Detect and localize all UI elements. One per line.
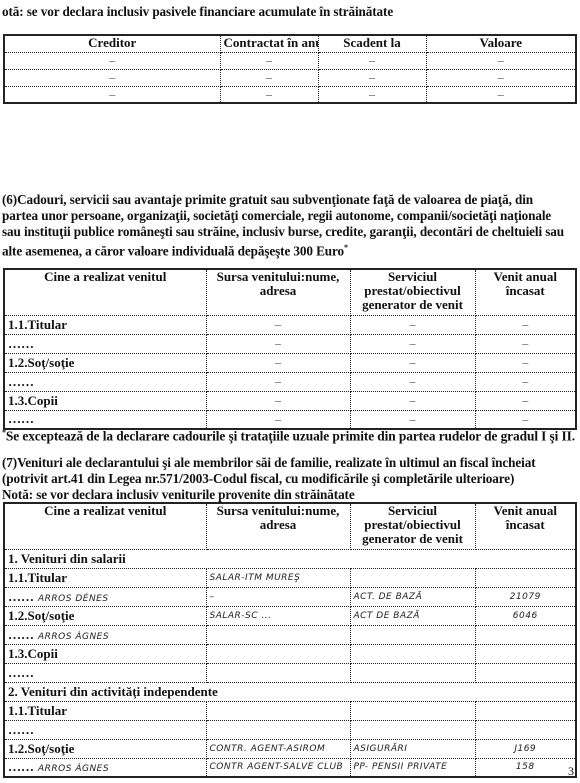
handwritten-sursa [206, 720, 350, 739]
cell: – [4, 69, 220, 86]
label-text: …… [8, 759, 34, 774]
table-row: 1.3.Copii––– [4, 391, 576, 410]
cell: – [475, 372, 576, 391]
handwritten-sursa: – [206, 587, 350, 606]
label-text: 1.3.Copii [8, 646, 58, 661]
section7-line: (potrivit art.41 din Legea nr.571/2003-C… [2, 471, 536, 487]
section6-heading: (6)Cadouri, servicii sau avantaje primit… [2, 192, 564, 259]
handwritten-name: ARROS ÁGNES [38, 632, 109, 642]
cell: – [206, 353, 350, 372]
page-number: 3 [568, 764, 574, 779]
row-label: 1.3.Copii [4, 391, 206, 410]
cell: – [220, 86, 318, 103]
table-row: – – – – [4, 69, 576, 86]
cell: – [4, 86, 220, 103]
section7-line: (7)Venituri ale declarantului şi ale mem… [2, 455, 536, 471]
gifts-table: Cine a realizat venitul Sursa venitului:… [3, 268, 577, 430]
label-text: 1.2.Soţ/soţie [8, 741, 74, 756]
section7-line: Notă: se vor declara inclusiv veniturile… [2, 487, 536, 503]
row-label: 1.2.Soţ/soţie [4, 606, 206, 625]
header-serviciul: Serviciul prestat/obiectivul generator d… [350, 269, 475, 315]
handwritten-venit: 6046 [475, 606, 576, 625]
income-table: Cine a realizat venitul Sursa venitului:… [3, 502, 577, 778]
handwritten-venit [475, 663, 576, 682]
handwritten-serviciul [350, 701, 475, 720]
handwritten-serviciul [350, 644, 475, 663]
handwritten-name: ARROS DÉNES [38, 594, 109, 604]
row-label: …… [4, 334, 206, 353]
group-row-independent: 2. Venituri din activităţi independente [4, 682, 576, 701]
cell: – [206, 391, 350, 410]
table-row: …… [4, 663, 576, 682]
header-valoare: Valoare [426, 35, 576, 52]
handwritten-venit [475, 701, 576, 720]
table-row: ……––– [4, 372, 576, 391]
section6-line: (6)Cadouri, servicii sau avantaje primit… [2, 192, 564, 208]
header-venit: Venit anual încasat [475, 503, 576, 549]
handwritten-venit [475, 644, 576, 663]
handwritten-sursa [206, 701, 350, 720]
handwritten-sursa: SALAR-SC ... [206, 606, 350, 625]
table-row: 1.2.Soţ/soţieSALAR-SC ...ACT DE BAZĂ6046 [4, 606, 576, 625]
label-text: 1.1.Titular [8, 570, 67, 585]
cell: – [220, 52, 318, 69]
handwritten-serviciul [350, 625, 475, 644]
table-row: 1.3.Copii [4, 644, 576, 663]
group-label: 1. Venituri din salarii [4, 549, 576, 568]
header-sursa: Sursa venitului:nume, adresa [206, 503, 350, 549]
table-row: ……––– [4, 334, 576, 353]
table-row: 1.2.Soţ/soţie––– [4, 353, 576, 372]
table-row: ……ARROS ÁGNESCONTR AGENT-SALVE CLUBPP- P… [4, 758, 576, 777]
table-row: – – – – [4, 52, 576, 69]
cell: – [350, 372, 475, 391]
cell: – [220, 69, 318, 86]
row-label: ……ARROS ÁGNES [4, 758, 206, 777]
header-cine: Cine a realizat venitul [4, 269, 206, 315]
row-label: 1.1.Titular [4, 568, 206, 587]
handwritten-venit: 158 [475, 758, 576, 777]
debts-table: Creditor Contractat în anul Scadent la V… [3, 34, 577, 104]
label-text: …… [8, 627, 34, 642]
row-label: 1.1.Titular [4, 315, 206, 334]
cell: – [350, 353, 475, 372]
cell: – [4, 52, 220, 69]
handwritten-serviciul [350, 568, 475, 587]
handwritten-sursa: CONTR. AGENT-ASIROM [206, 739, 350, 758]
row-label: …… [4, 372, 206, 391]
header-scadent: Scadent la [318, 35, 426, 52]
label-text: …… [8, 722, 34, 737]
handwritten-serviciul [350, 720, 475, 739]
row-label: 1.2.Soţ/soţie [4, 739, 206, 758]
row-label: 1.1.Titular [4, 701, 206, 720]
cell: – [475, 334, 576, 353]
cell: – [426, 69, 576, 86]
handwritten-venit: 21079 [475, 587, 576, 606]
header-sursa: Sursa venitului:nume, adresa [206, 269, 350, 315]
cell: – [206, 315, 350, 334]
cell: – [426, 52, 576, 69]
section6-line: alte asemenea, a căror valoare individua… [2, 240, 564, 259]
header-contractat: Contractat în anul [220, 35, 318, 52]
group-label: 2. Venituri din activităţi independente [4, 682, 576, 701]
handwritten-name: ARROS ÁGNES [38, 764, 109, 774]
cell: – [475, 391, 576, 410]
cell: – [206, 372, 350, 391]
header-serviciul: Serviciul prestat/obiectivul generator d… [350, 503, 475, 549]
cell: – [426, 86, 576, 103]
handwritten-serviciul: PP- PENSII PRIVATE [350, 758, 475, 777]
handwritten-venit [475, 625, 576, 644]
table-row: …… [4, 720, 576, 739]
handwritten-sursa: SALAR-ITM MUREŞ [206, 568, 350, 587]
cell: – [350, 334, 475, 353]
handwritten-serviciul: ACT DE BAZĂ [350, 606, 475, 625]
table-row: ……ARROS DÉNES–ACT. DE BAZĂ21079 [4, 587, 576, 606]
cell: – [318, 86, 426, 103]
table-row: ……ARROS ÁGNES [4, 625, 576, 644]
cell: – [350, 391, 475, 410]
handwritten-venit: J169 [475, 739, 576, 758]
handwritten-sursa: CONTR AGENT-SALVE CLUB [206, 758, 350, 777]
row-label: ……ARROS ÁGNES [4, 625, 206, 644]
header-cine: Cine a realizat venitul [4, 503, 206, 549]
row-label: 1.2.Soţ/soţie [4, 353, 206, 372]
group-row-salaries: 1. Venituri din salarii [4, 549, 576, 568]
handwritten-venit [475, 568, 576, 587]
header-venit: Venit anual încasat [475, 269, 576, 315]
row-label: 1.3.Copii [4, 644, 206, 663]
table-row: – – – – [4, 86, 576, 103]
section6-line: partea unor persoane, organizaţii, socie… [2, 208, 564, 224]
label-text: …… [8, 589, 34, 604]
row-label: …… [4, 663, 206, 682]
label-text: 1.1.Titular [8, 703, 67, 718]
label-text: …… [8, 665, 34, 680]
section6-footnote: *Se exceptează de la declarare cadourile… [2, 425, 575, 444]
table-row: 1.1.TitularSALAR-ITM MUREŞ [4, 568, 576, 587]
handwritten-sursa [206, 663, 350, 682]
cell: – [318, 69, 426, 86]
cell: – [475, 315, 576, 334]
handwritten-serviciul: ACT. DE BAZĂ [350, 587, 475, 606]
handwritten-venit [475, 720, 576, 739]
cell: – [206, 334, 350, 353]
handwritten-serviciul: ASIGURĂRI [350, 739, 475, 758]
note-foreign-liabilities: otă: se vor declara inclusiv pasivele fi… [2, 4, 393, 20]
row-label: ……ARROS DÉNES [4, 587, 206, 606]
row-label: …… [4, 720, 206, 739]
table-row: 1.2.Soţ/soţieCONTR. AGENT-ASIROMASIGURĂR… [4, 739, 576, 758]
handwritten-sursa [206, 644, 350, 663]
header-creditor: Creditor [4, 35, 220, 52]
handwritten-sursa [206, 625, 350, 644]
cell: – [350, 315, 475, 334]
table-row: 1.1.Titular [4, 701, 576, 720]
section6-line: sau instituţii publice româneşti sau str… [2, 224, 564, 240]
footnote-marker: * [344, 243, 348, 252]
cell: – [318, 52, 426, 69]
table-row: 1.1.Titular––– [4, 315, 576, 334]
label-text: 1.2.Soţ/soţie [8, 608, 74, 623]
cell: – [475, 353, 576, 372]
handwritten-serviciul [350, 663, 475, 682]
section7-heading: (7)Venituri ale declarantului şi ale mem… [2, 455, 536, 503]
